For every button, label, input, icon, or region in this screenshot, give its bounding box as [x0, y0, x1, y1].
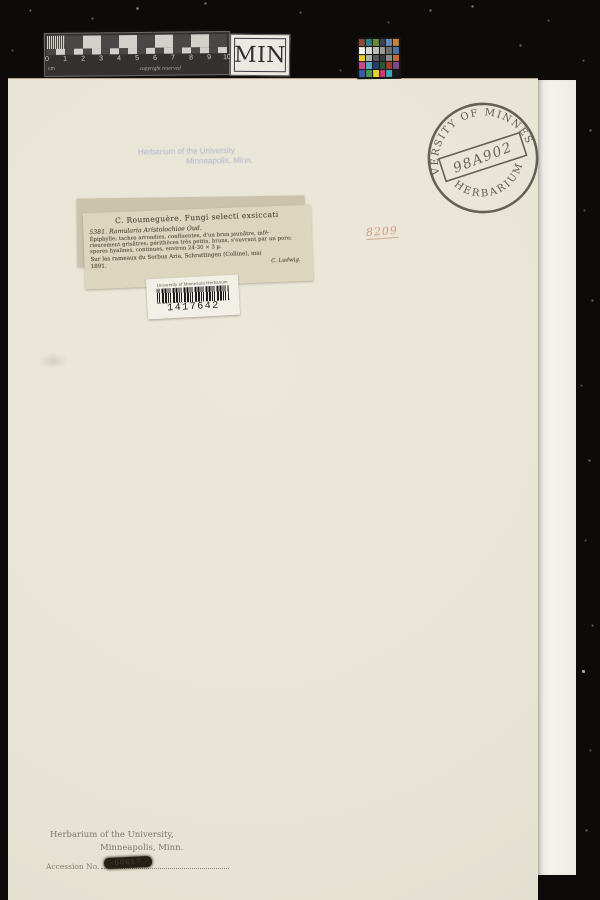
ruler-unit-label: cm — [48, 66, 55, 72]
color-patch — [379, 47, 385, 54]
color-patch — [366, 70, 372, 77]
exsiccata-year: 1891. — [91, 263, 107, 270]
color-patch — [359, 70, 365, 77]
ruler-number: 0 — [41, 56, 53, 64]
color-patch — [373, 47, 379, 54]
ruler-number: 2 — [77, 56, 89, 64]
color-patch — [386, 62, 392, 69]
color-patch — [373, 62, 379, 69]
scale-ruler: 012345678910 cm copyright reserved — [44, 31, 230, 77]
specimen-photo: 012345678910 cm copyright reserved MIN H… — [0, 0, 600, 900]
color-patch — [380, 62, 386, 69]
color-patch — [373, 70, 379, 77]
ruler-mm-ticks — [47, 36, 65, 49]
color-patch — [393, 47, 399, 54]
color-patch — [366, 62, 372, 69]
footer-city-line: Minneapolis, Minn. — [100, 843, 183, 853]
ruler-copyright-text: copyright reserved — [100, 65, 220, 72]
color-patch — [379, 55, 385, 62]
color-patch — [386, 70, 392, 77]
color-patch — [380, 70, 386, 77]
handwritten-annotation-number: 8209 — [366, 225, 399, 240]
ruler-number: 1 — [59, 56, 71, 64]
color-patch — [372, 39, 378, 46]
color-patch — [386, 39, 392, 46]
color-patch — [373, 55, 379, 62]
color-patch — [359, 55, 365, 62]
color-calibration-chart — [357, 37, 401, 79]
ruler-number: 9 — [203, 54, 215, 62]
institution-code-text: MIN — [234, 42, 286, 67]
faint-ownership-stamp: Herbarium of the University Minneapolis,… — [138, 144, 318, 166]
institution-code-card: MIN — [230, 34, 290, 77]
accession-label: Accession No. — [46, 862, 99, 871]
barcode-number: 1417642 — [167, 302, 220, 315]
ruler-number: 6 — [149, 55, 161, 63]
paper-smudge — [38, 353, 68, 369]
ruler-number: 8 — [185, 54, 197, 62]
accession-stamp-smudge: 60617 — [104, 856, 152, 869]
color-patch — [359, 39, 365, 46]
ruler-number: 3 — [95, 55, 107, 63]
barcode-label: University of Minnesota Herbarium 141764… — [146, 275, 240, 320]
color-patch — [379, 39, 385, 46]
ruler-number: 5 — [131, 55, 143, 63]
color-patch — [386, 47, 392, 54]
color-patch — [386, 54, 392, 61]
ruler-number: 7 — [167, 55, 179, 63]
color-patch — [366, 55, 372, 62]
color-patch — [393, 70, 399, 77]
ruler-numbers: 012345678910 — [47, 54, 227, 65]
institution-code-frame: MIN — [234, 38, 286, 72]
color-patch — [359, 47, 365, 54]
color-patch — [393, 62, 399, 69]
color-patch — [393, 54, 399, 61]
accession-number-row: Accession No. 60617 — [46, 860, 229, 871]
color-patch — [366, 47, 372, 54]
footer-herbarium-line: Herbarium of the University, — [50, 830, 174, 840]
color-patch — [366, 39, 372, 46]
ruler-number: 4 — [113, 55, 125, 63]
color-patch — [393, 39, 399, 46]
color-patch — [359, 63, 365, 70]
